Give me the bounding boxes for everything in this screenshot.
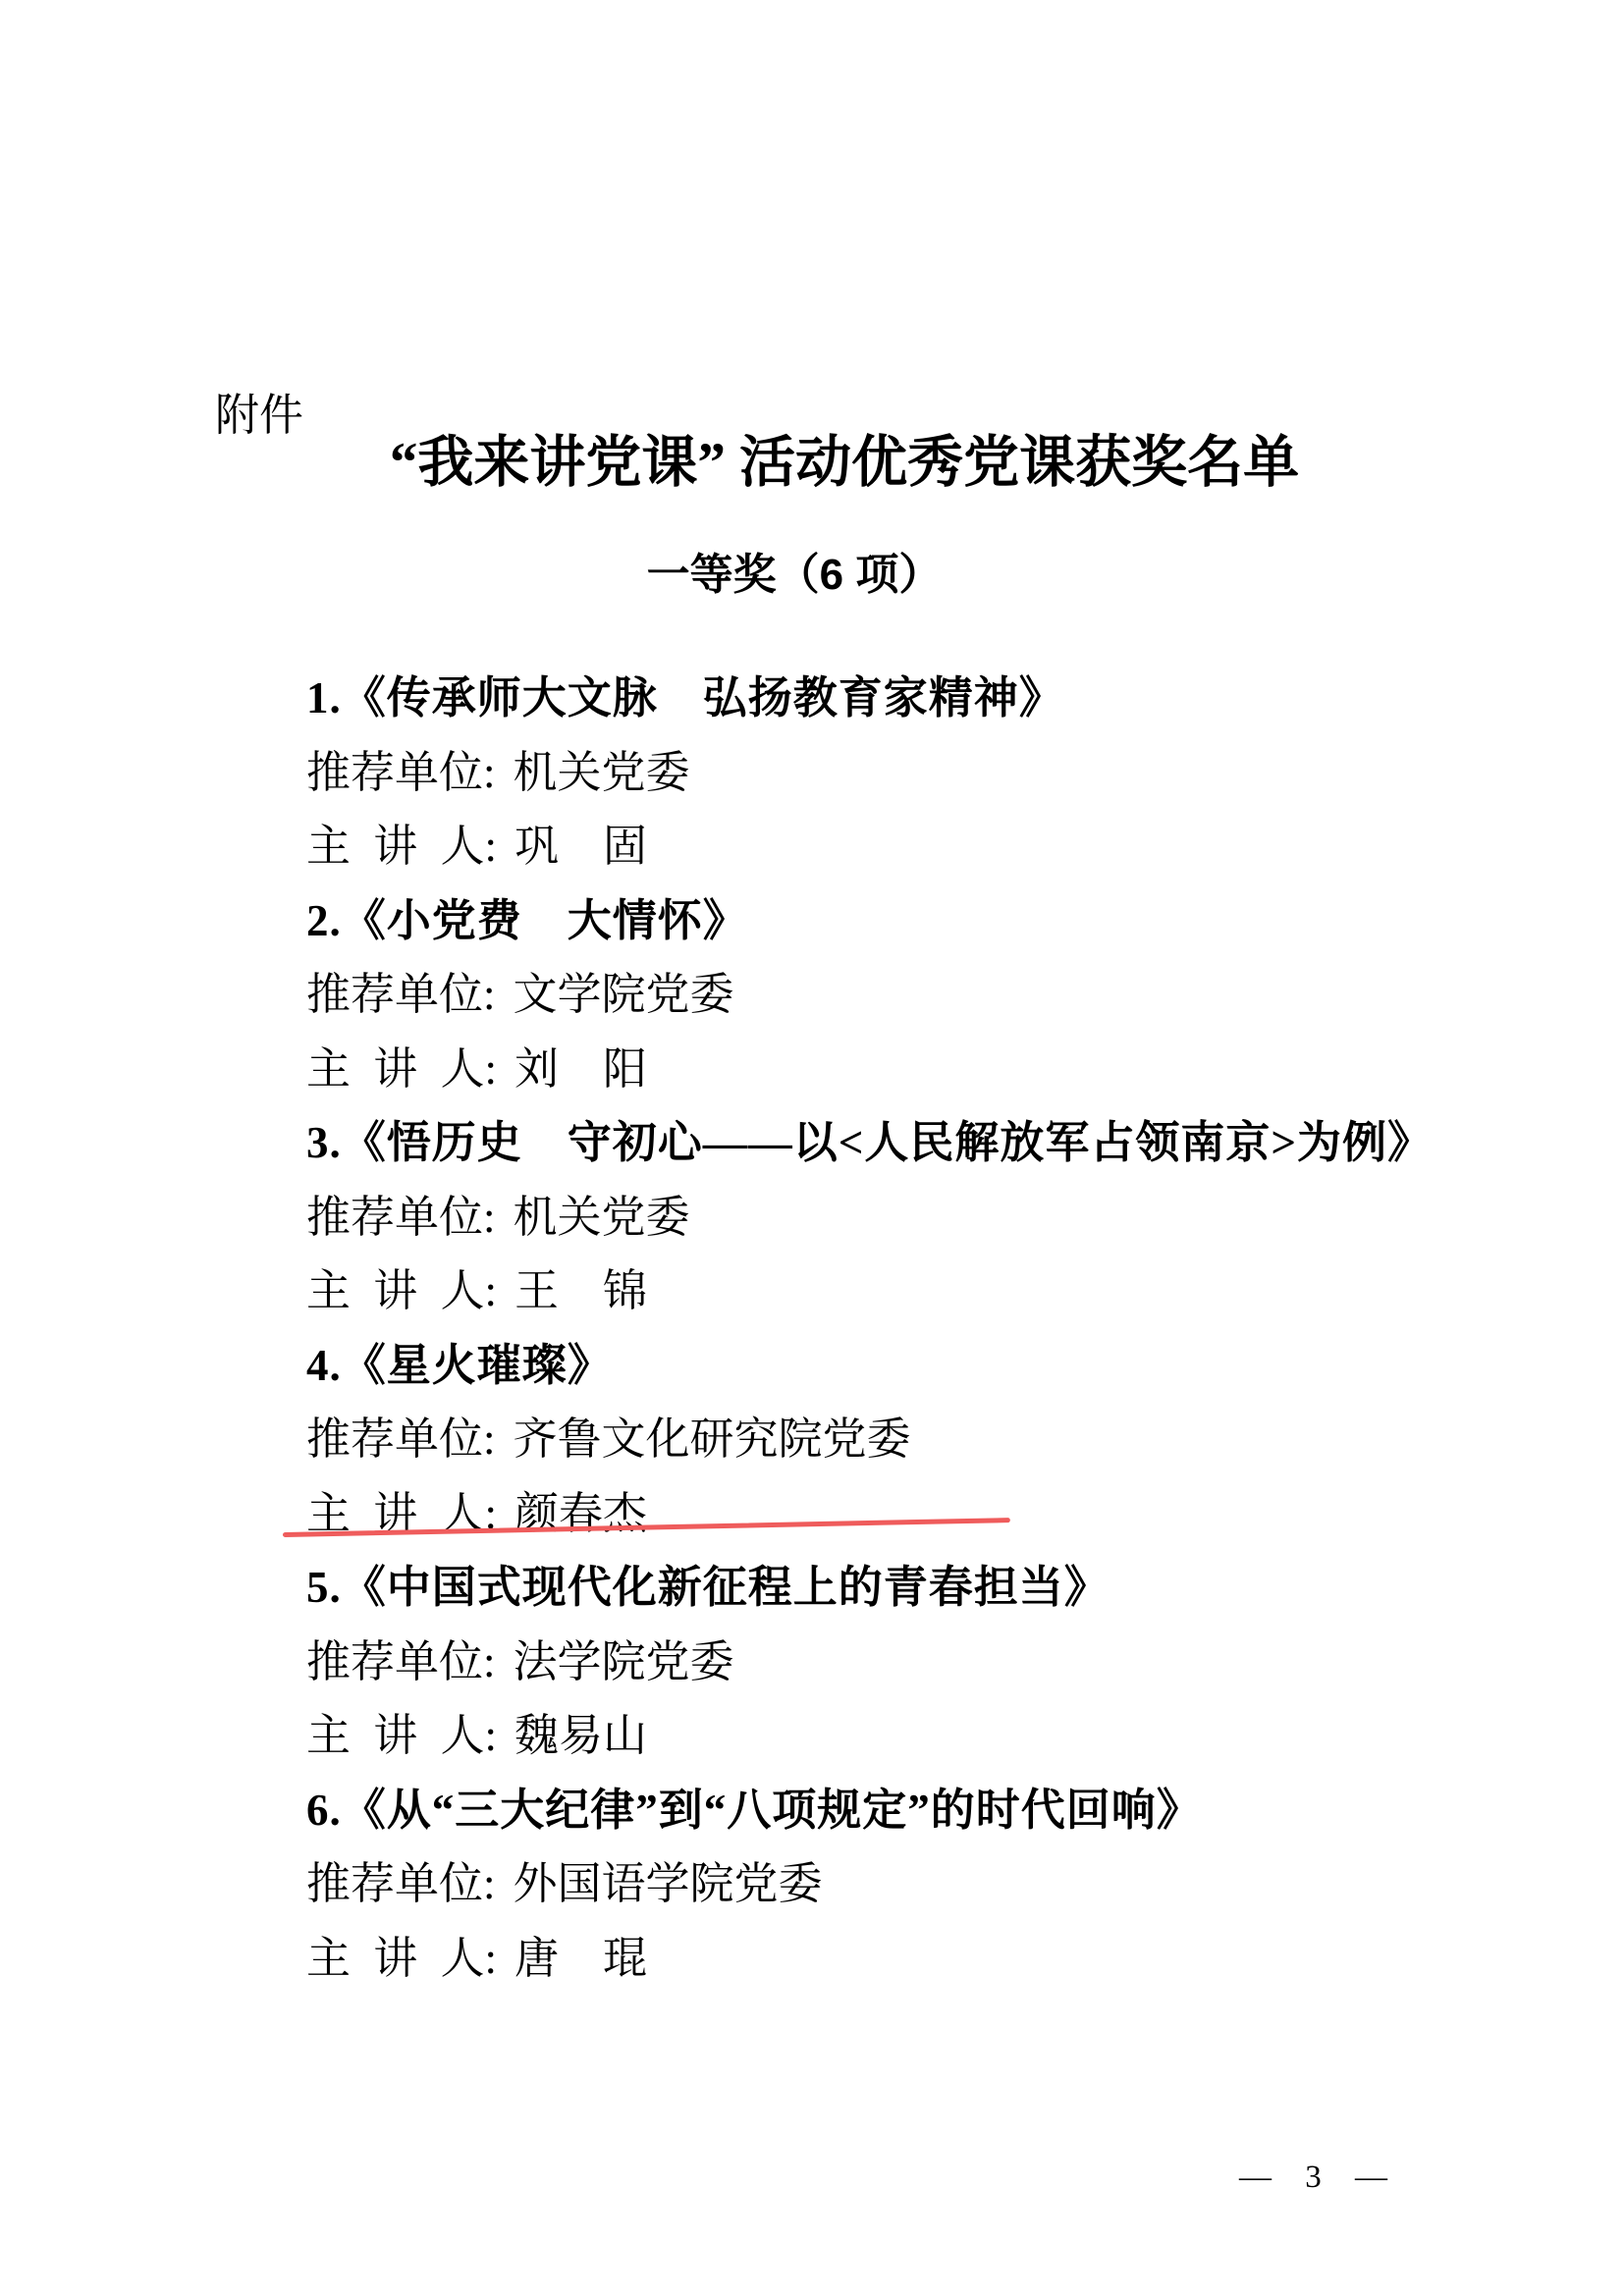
document-page: 附件 “我来讲党课” 活动优秀党课获奖名单 一等奖（6 项） 1.《传承师大文脉… — [0, 0, 1624, 2296]
award-entry: 2.《小党费 大情怀》 推荐单位: 文学院党委 主 讲 人: 刘 阳 — [306, 880, 1565, 1102]
award-entry: 1.《传承师大文脉 弘扬教育家精神》 推荐单位: 机关党委 主 讲 人: 巩 固 — [306, 657, 1565, 880]
recommending-unit-line: 推荐单位: 齐鲁文化研究院党委 — [306, 1398, 1565, 1472]
unit-value: 外国语学院党委 — [514, 1847, 823, 1911]
speaker-line: 主 讲 人: 刘 阳 — [306, 1028, 1565, 1102]
document-title: “我来讲党课” 活动优秀党课获奖名单 — [32, 433, 1624, 494]
speaker-name: 刘 阳 — [514, 1033, 647, 1096]
speaker-label: 主 讲 人: — [306, 810, 497, 874]
recommending-unit-line: 推荐单位: 机关党委 — [306, 731, 1565, 806]
award-entry: 3.《悟历史 守初心——以<人民解放军占领南京>为例》 推荐单位: 机关党委 主… — [306, 1101, 1565, 1324]
recommending-unit-line: 推荐单位: 法学院党委 — [306, 1621, 1565, 1695]
recommending-unit-line: 推荐单位: 文学院党委 — [306, 953, 1565, 1028]
speaker-line: 主 讲 人: 巩 固 — [306, 805, 1565, 880]
award-title: 2.《小党费 大情怀》 — [306, 880, 1565, 954]
award-entry: 6.《从“三大纪律”到“八项规定”的时代回响》 推荐单位: 外国语学院党委 主 … — [306, 1769, 1565, 1992]
speaker-name: 巩 固 — [514, 810, 647, 874]
award-title: 3.《悟历史 守初心——以<人民解放军占领南京>为例》 — [306, 1101, 1565, 1176]
speaker-line: 主 讲 人: 颜春杰 — [306, 1472, 1565, 1547]
award-title: 1.《传承师大文脉 弘扬教育家精神》 — [306, 657, 1565, 731]
unit-value: 机关党委 — [514, 736, 690, 800]
award-entry: 4.《星火璀璨》 推荐单位: 齐鲁文化研究院党委 主 讲 人: 颜春杰 — [306, 1324, 1565, 1547]
unit-label: 推荐单位: — [306, 1626, 496, 1689]
prize-tier-subtitle: 一等奖（6 项） — [0, 551, 1606, 600]
award-title: 5.《中国式现代化新征程上的青春担当》 — [306, 1546, 1565, 1621]
speaker-line: 主 讲 人: 王 锦 — [306, 1250, 1565, 1324]
unit-label: 推荐单位: — [306, 1403, 496, 1467]
award-title: 6.《从“三大纪律”到“八项规定”的时代回响》 — [306, 1769, 1565, 1843]
recommending-unit-line: 推荐单位: 外国语学院党委 — [306, 1842, 1565, 1917]
unit-label: 推荐单位: — [306, 1181, 496, 1245]
speaker-name: 王 锦 — [514, 1255, 647, 1318]
speaker-line: 主 讲 人: 唐 琨 — [306, 1917, 1565, 1992]
unit-label: 推荐单位: — [306, 1847, 496, 1911]
speaker-label: 主 讲 人: — [306, 1699, 497, 1763]
unit-value: 齐鲁文化研究院党委 — [514, 1403, 911, 1467]
unit-label: 推荐单位: — [306, 736, 496, 800]
award-title: 4.《星火璀璨》 — [306, 1324, 1565, 1399]
speaker-name: 魏易山 — [514, 1699, 647, 1763]
speaker-line: 主 讲 人: 魏易山 — [306, 1694, 1565, 1769]
page-number: — 3 — — [1239, 2160, 1387, 2196]
award-list: 1.《传承师大文脉 弘扬教育家精神》 推荐单位: 机关党委 主 讲 人: 巩 固… — [306, 657, 1565, 1991]
unit-value: 机关党委 — [514, 1181, 690, 1245]
speaker-label: 主 讲 人: — [306, 1922, 497, 1986]
unit-value: 法学院党委 — [514, 1626, 734, 1689]
speaker-label: 主 讲 人: — [306, 1255, 497, 1318]
speaker-name: 唐 琨 — [514, 1922, 647, 1986]
speaker-label: 主 讲 人: — [306, 1033, 497, 1096]
unit-label: 推荐单位: — [306, 958, 496, 1022]
unit-value: 文学院党委 — [514, 958, 734, 1022]
recommending-unit-line: 推荐单位: 机关党委 — [306, 1176, 1565, 1251]
award-entry: 5.《中国式现代化新征程上的青春担当》 推荐单位: 法学院党委 主 讲 人: 魏… — [306, 1546, 1565, 1769]
